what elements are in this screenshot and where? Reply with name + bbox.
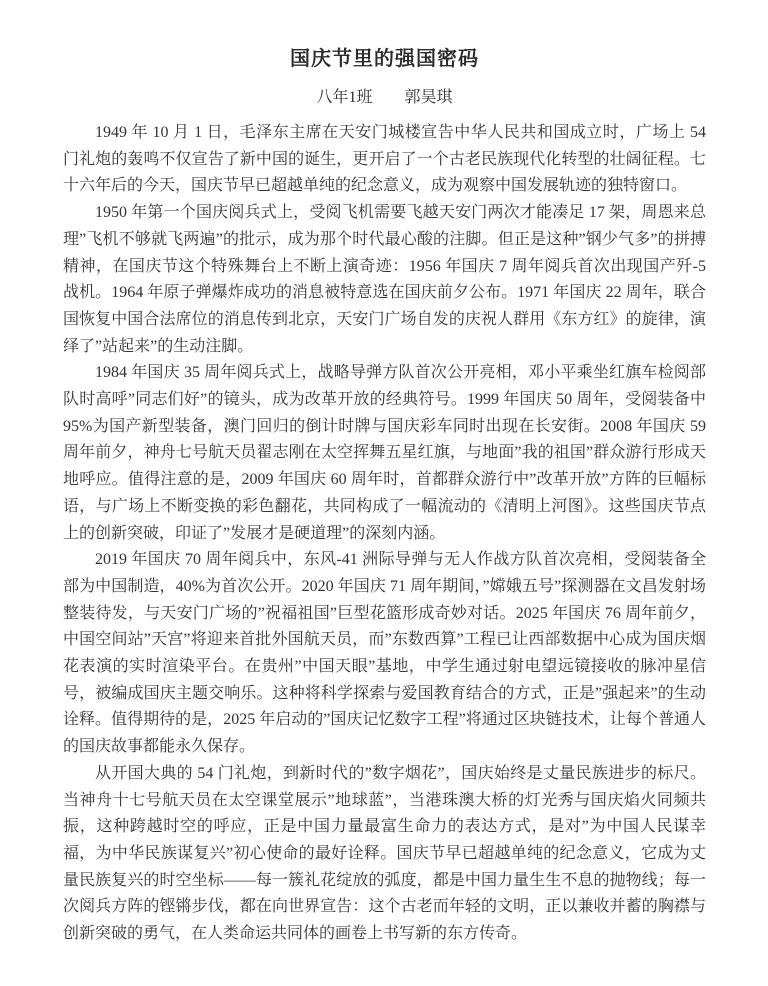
document-title: 国庆节里的强国密码 bbox=[63, 42, 706, 71]
class-name: 八年1班 bbox=[316, 89, 372, 106]
paragraph: 1984 年国庆 35 周年阅兵式上，战略导弹方队首次公开亮相，邓小平乘坐红旗车… bbox=[63, 360, 706, 547]
byline: 八年1班郭昊琪 bbox=[63, 84, 706, 107]
author-name: 郭昊琪 bbox=[405, 89, 453, 106]
document-body: 1949 年 10 月 1 日，毛泽东主席在天安门城楼宣告中华人民共和国成立时，… bbox=[63, 120, 706, 948]
paragraph: 从开国大典的 54 门礼炮，到新时代的”数字烟花”，国庆始终是丈量民族进步的标尺… bbox=[63, 761, 706, 948]
paragraph: 1950 年第一个国庆阅兵式上，受阅飞机需要飞越天安门两次才能凑足 17 架，周… bbox=[63, 200, 706, 360]
paragraph: 2019 年国庆 70 周年阅兵中，东风-41 洲际导弹与无人作战方队首次亮相，… bbox=[63, 547, 706, 761]
document-page: 国庆节里的强国密码 八年1班郭昊琪 1949 年 10 月 1 日，毛泽东主席在… bbox=[0, 0, 768, 986]
paragraph: 1949 年 10 月 1 日，毛泽东主席在天安门城楼宣告中华人民共和国成立时，… bbox=[63, 120, 706, 200]
